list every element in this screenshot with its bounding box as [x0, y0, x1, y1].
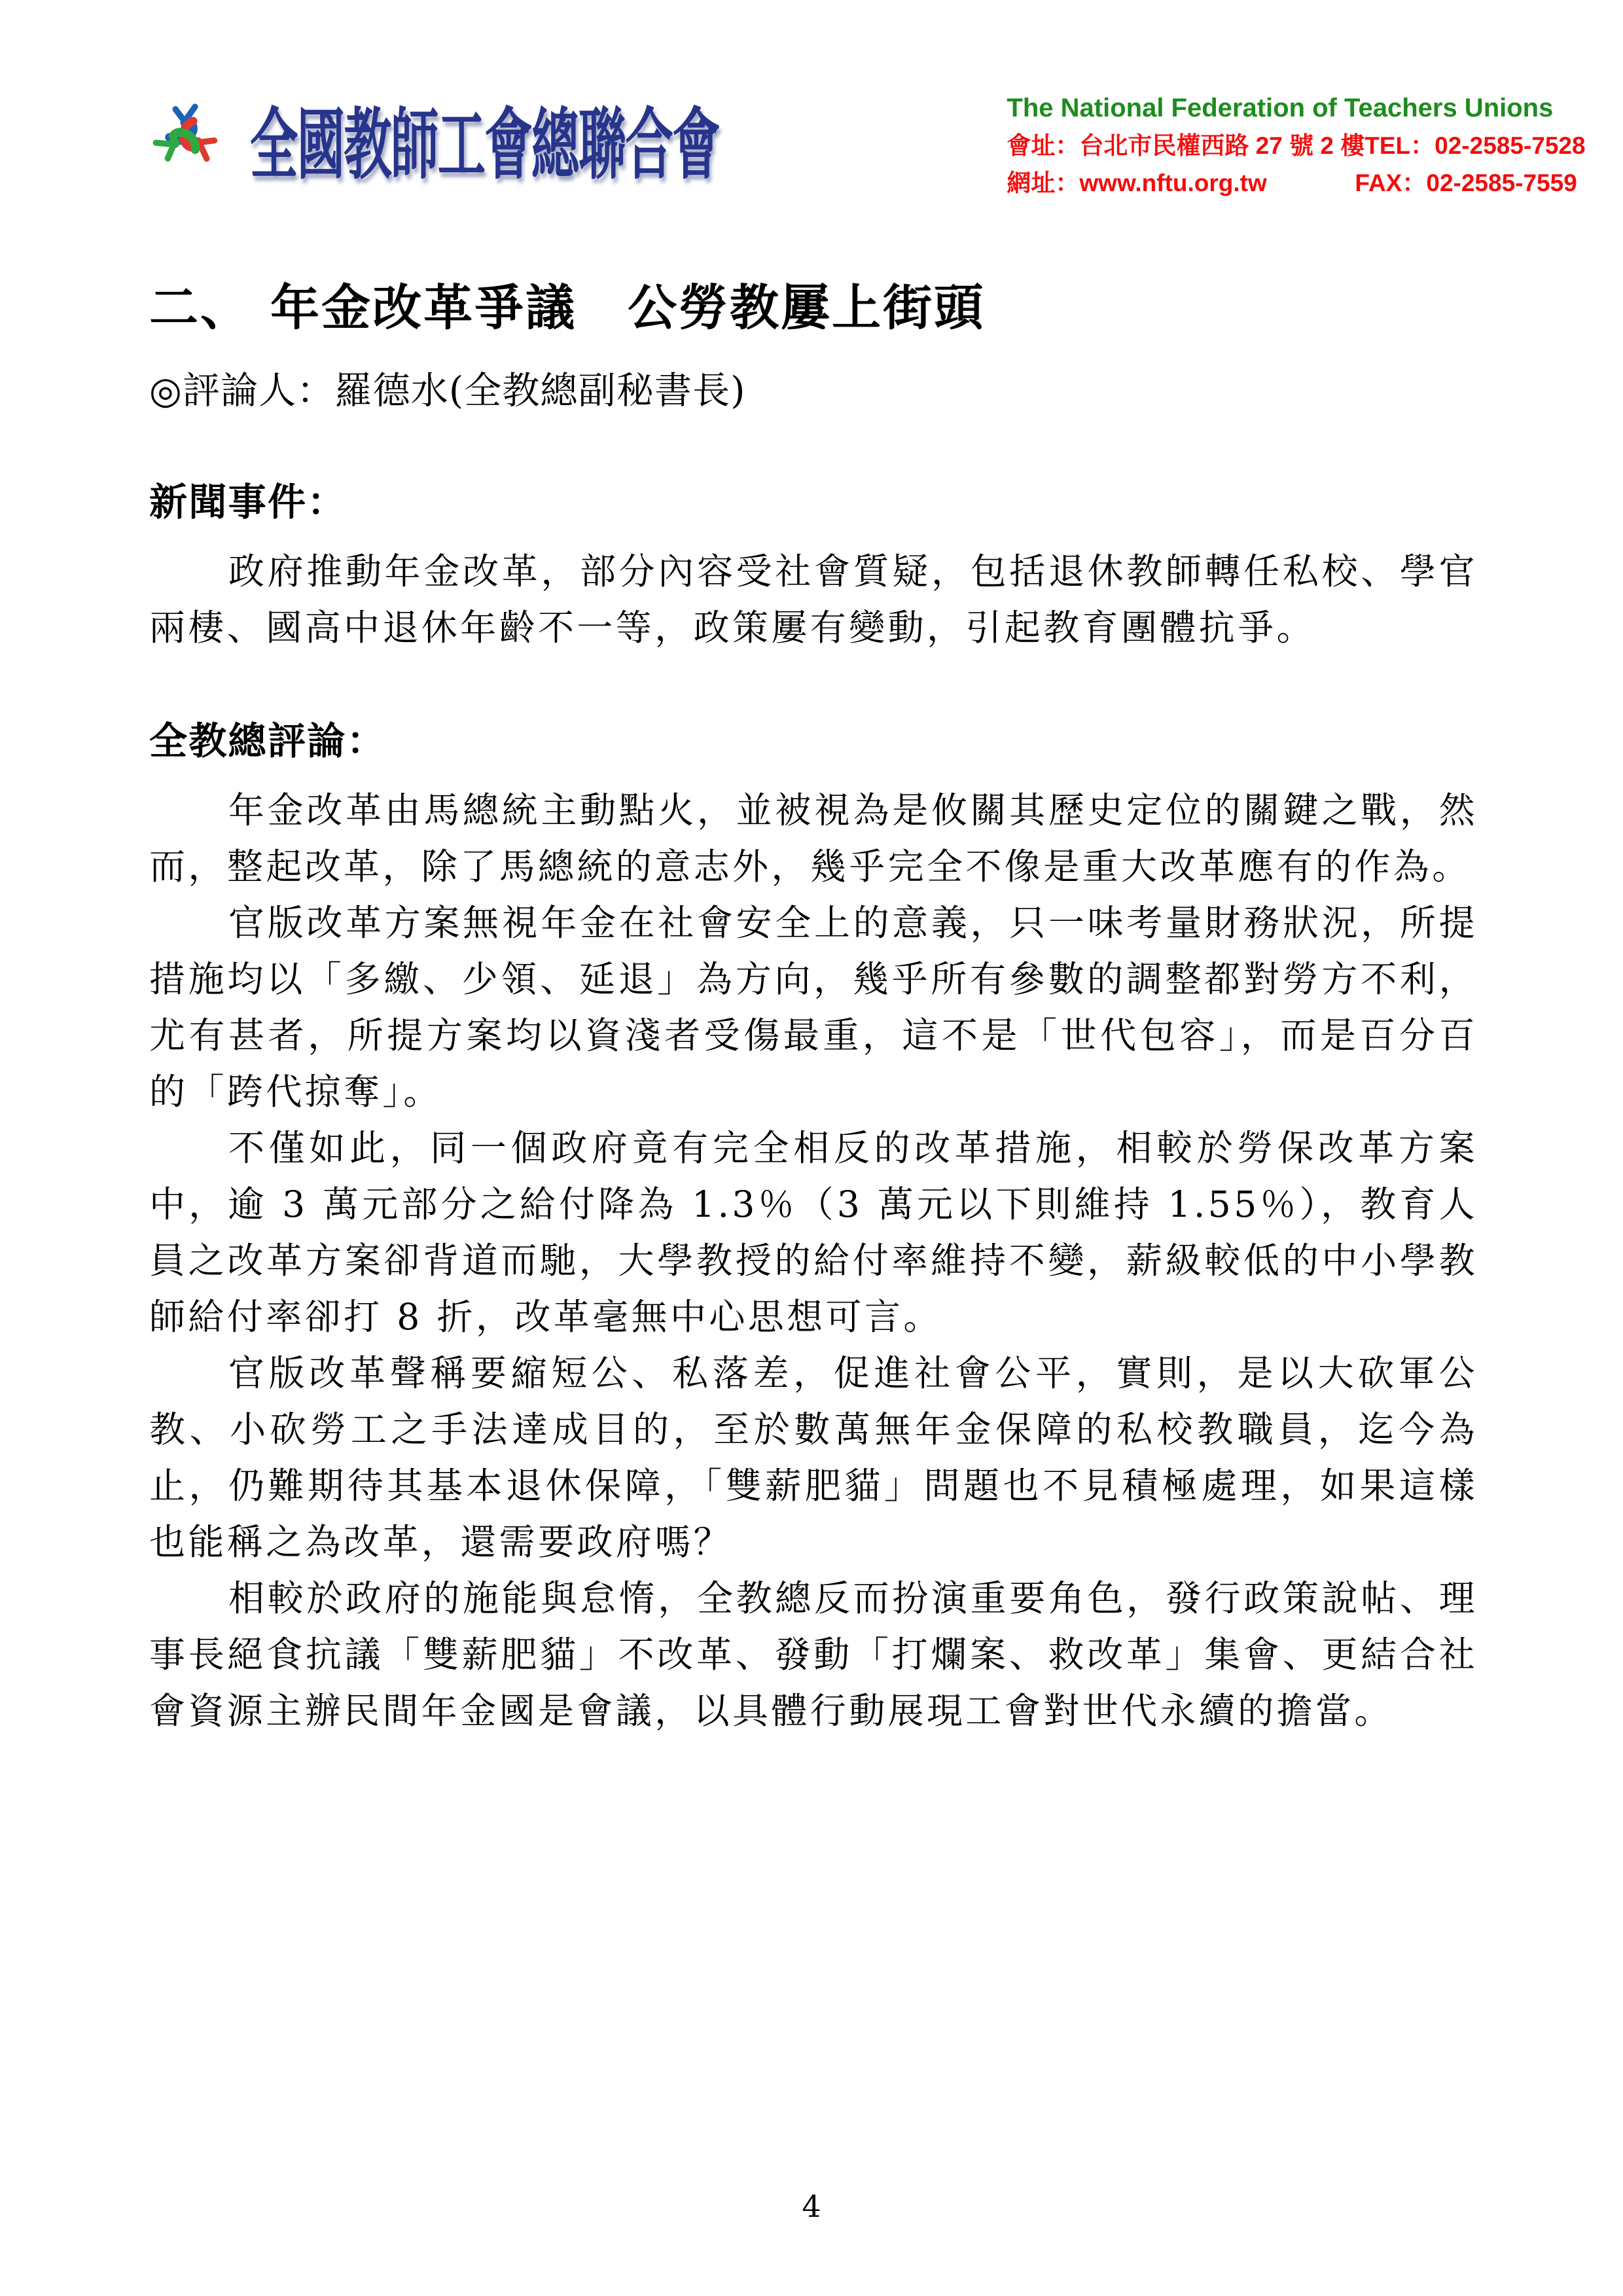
paragraph: 相較於政府的施能與怠惰，全教總反而扮演重要角色，發行政策說帖、理事長絕食抗議「雙…: [149, 1570, 1478, 1739]
article-title: 二、 年金改革爭議 公勞教屢上街頭: [149, 275, 1478, 340]
page-number: 4: [0, 2189, 1623, 2224]
paragraph: 官版改革方案無視年金在社會安全上的意義，只一味考量財務狀況，所提措施均以「多繳、…: [149, 895, 1478, 1120]
section-heading-comment: 全教總評論：: [149, 717, 1478, 766]
paragraph: 年金改革由馬總統主動點火，並被視為是攸關其歷史定位的關鍵之戰，然而，整起改革，除…: [149, 782, 1478, 895]
section-heading-news: 新聞事件：: [149, 478, 1478, 527]
document-page: 全國教師工會總聯合會 The National Federation of Te…: [0, 0, 1623, 2296]
paragraph: 不僅如此，同一個政府竟有完全相反的改革措施，相較於勞保改革方案中，逾 3 萬元部…: [149, 1120, 1478, 1345]
news-paragraphs: 政府推動年金改革，部分內容受社會質疑，包括退休教師轉任私校、學官兩棲、國高中退休…: [149, 543, 1478, 656]
article: 二、 年金改革爭議 公勞教屢上街頭 ◎評論人：羅德水(全教總副秘書長) 新聞事件…: [149, 0, 1478, 1739]
author-line: ◎評論人：羅德水(全教總副秘書長): [149, 367, 1478, 416]
paragraph: 官版改革聲稱要縮短公、私落差，促進社會公平，實則，是以大砍軍公教、小砍勞工之手法…: [149, 1345, 1478, 1570]
comment-paragraphs: 年金改革由馬總統主動點火，並被視為是攸關其歷史定位的關鍵之戰，然而，整起改革，除…: [149, 782, 1478, 1739]
paragraph: 政府推動年金改革，部分內容受社會質疑，包括退休教師轉任私校、學官兩棲、國高中退休…: [149, 543, 1478, 656]
